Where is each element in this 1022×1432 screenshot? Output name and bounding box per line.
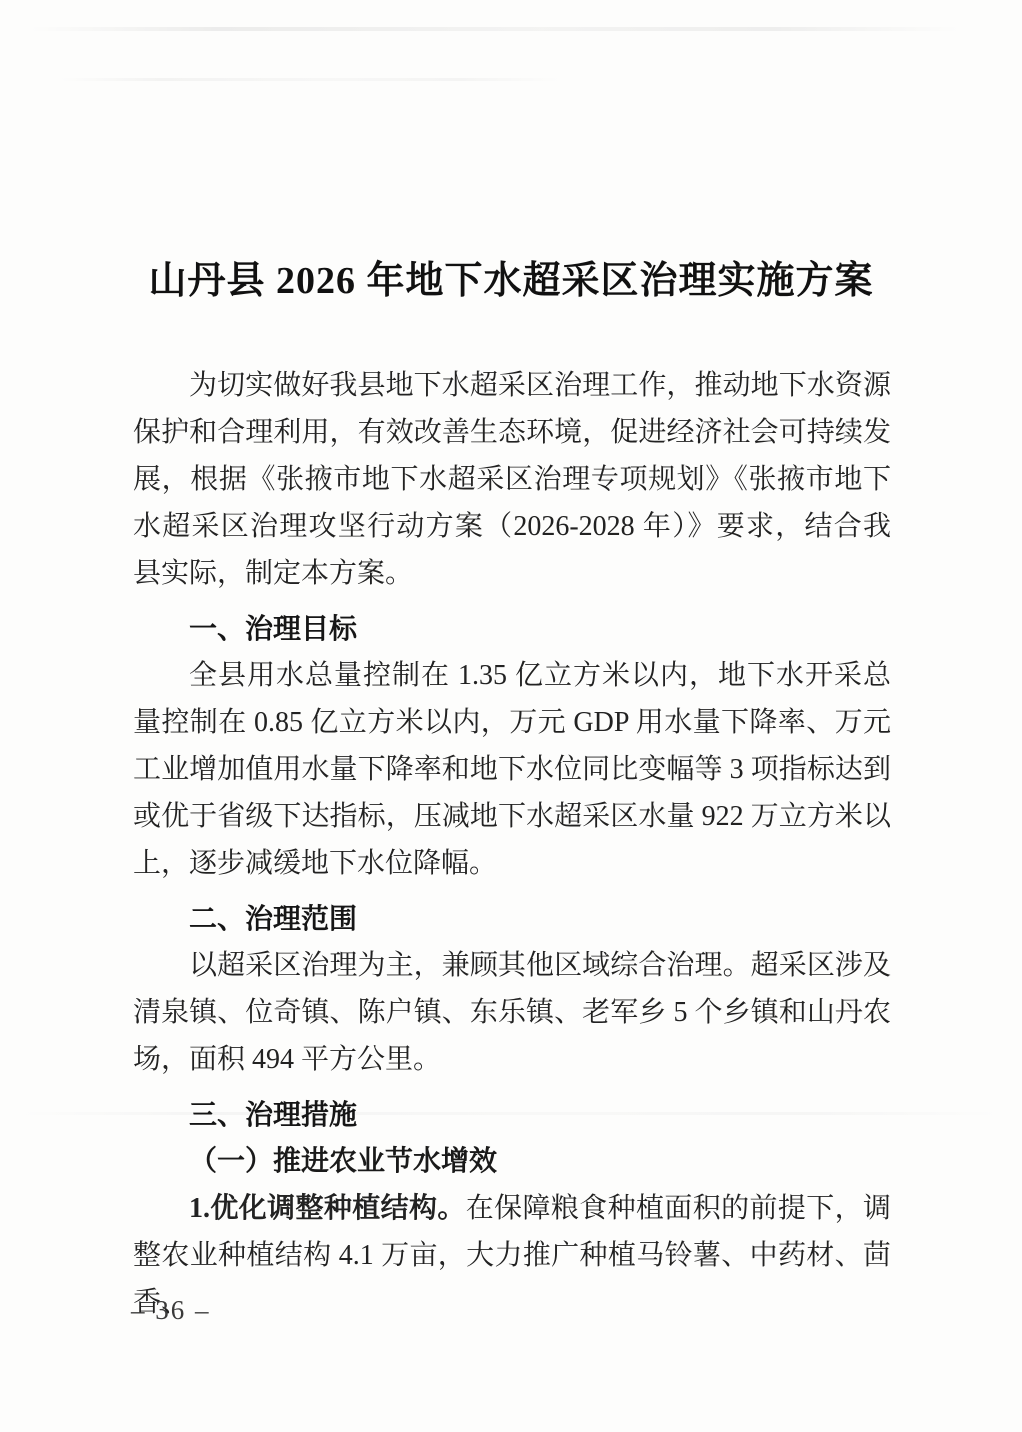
document-title: 山丹县 2026 年地下水超采区治理实施方案 [83,256,939,306]
document-body: 为切实做好我县地下水超采区治理工作，推动地下水资源保护和合理利用，有效改善生态环… [133,362,891,1326]
section-heading-treatment-scope: 二、治理范围 [133,895,891,942]
measure-item-paragraph: 1.优化调整种植结构。在保障粮食种植面积的前提下，调整农业种植结构 4.1 万亩… [133,1185,891,1326]
scanned-document-page: { "page": { "page_number": "– 36 –" }, "… [0,0,1022,1432]
document-sheet: 山丹县 2026 年地下水超采区治理实施方案 为切实做好我县地下水超采区治理工作… [0,0,1022,1432]
section-body-treatment-scope: 以超采区治理为主，兼顾其他区域综合治理。超采区涉及清泉镇、位奇镇、陈户镇、东乐镇… [133,942,891,1083]
subsection-heading-agricultural-water-saving: （一）推进农业节水增效 [133,1138,891,1185]
scan-artifact-streak [30,27,960,31]
measure-item-lead: 1.优化调整种植结构。 [189,1193,466,1224]
scan-artifact-streak [60,78,560,81]
page-number: – 36 – [131,1295,211,1326]
section-heading-treatment-goals: 一、治理目标 [133,605,891,652]
section-heading-treatment-measures: 三、治理措施 [133,1091,891,1138]
section-body-treatment-goals: 全县用水总量控制在 1.35 亿立方米以内，地下水开采总量控制在 0.85 亿立… [133,652,891,887]
intro-paragraph: 为切实做好我县地下水超采区治理工作，推动地下水资源保护和合理利用，有效改善生态环… [133,362,891,597]
